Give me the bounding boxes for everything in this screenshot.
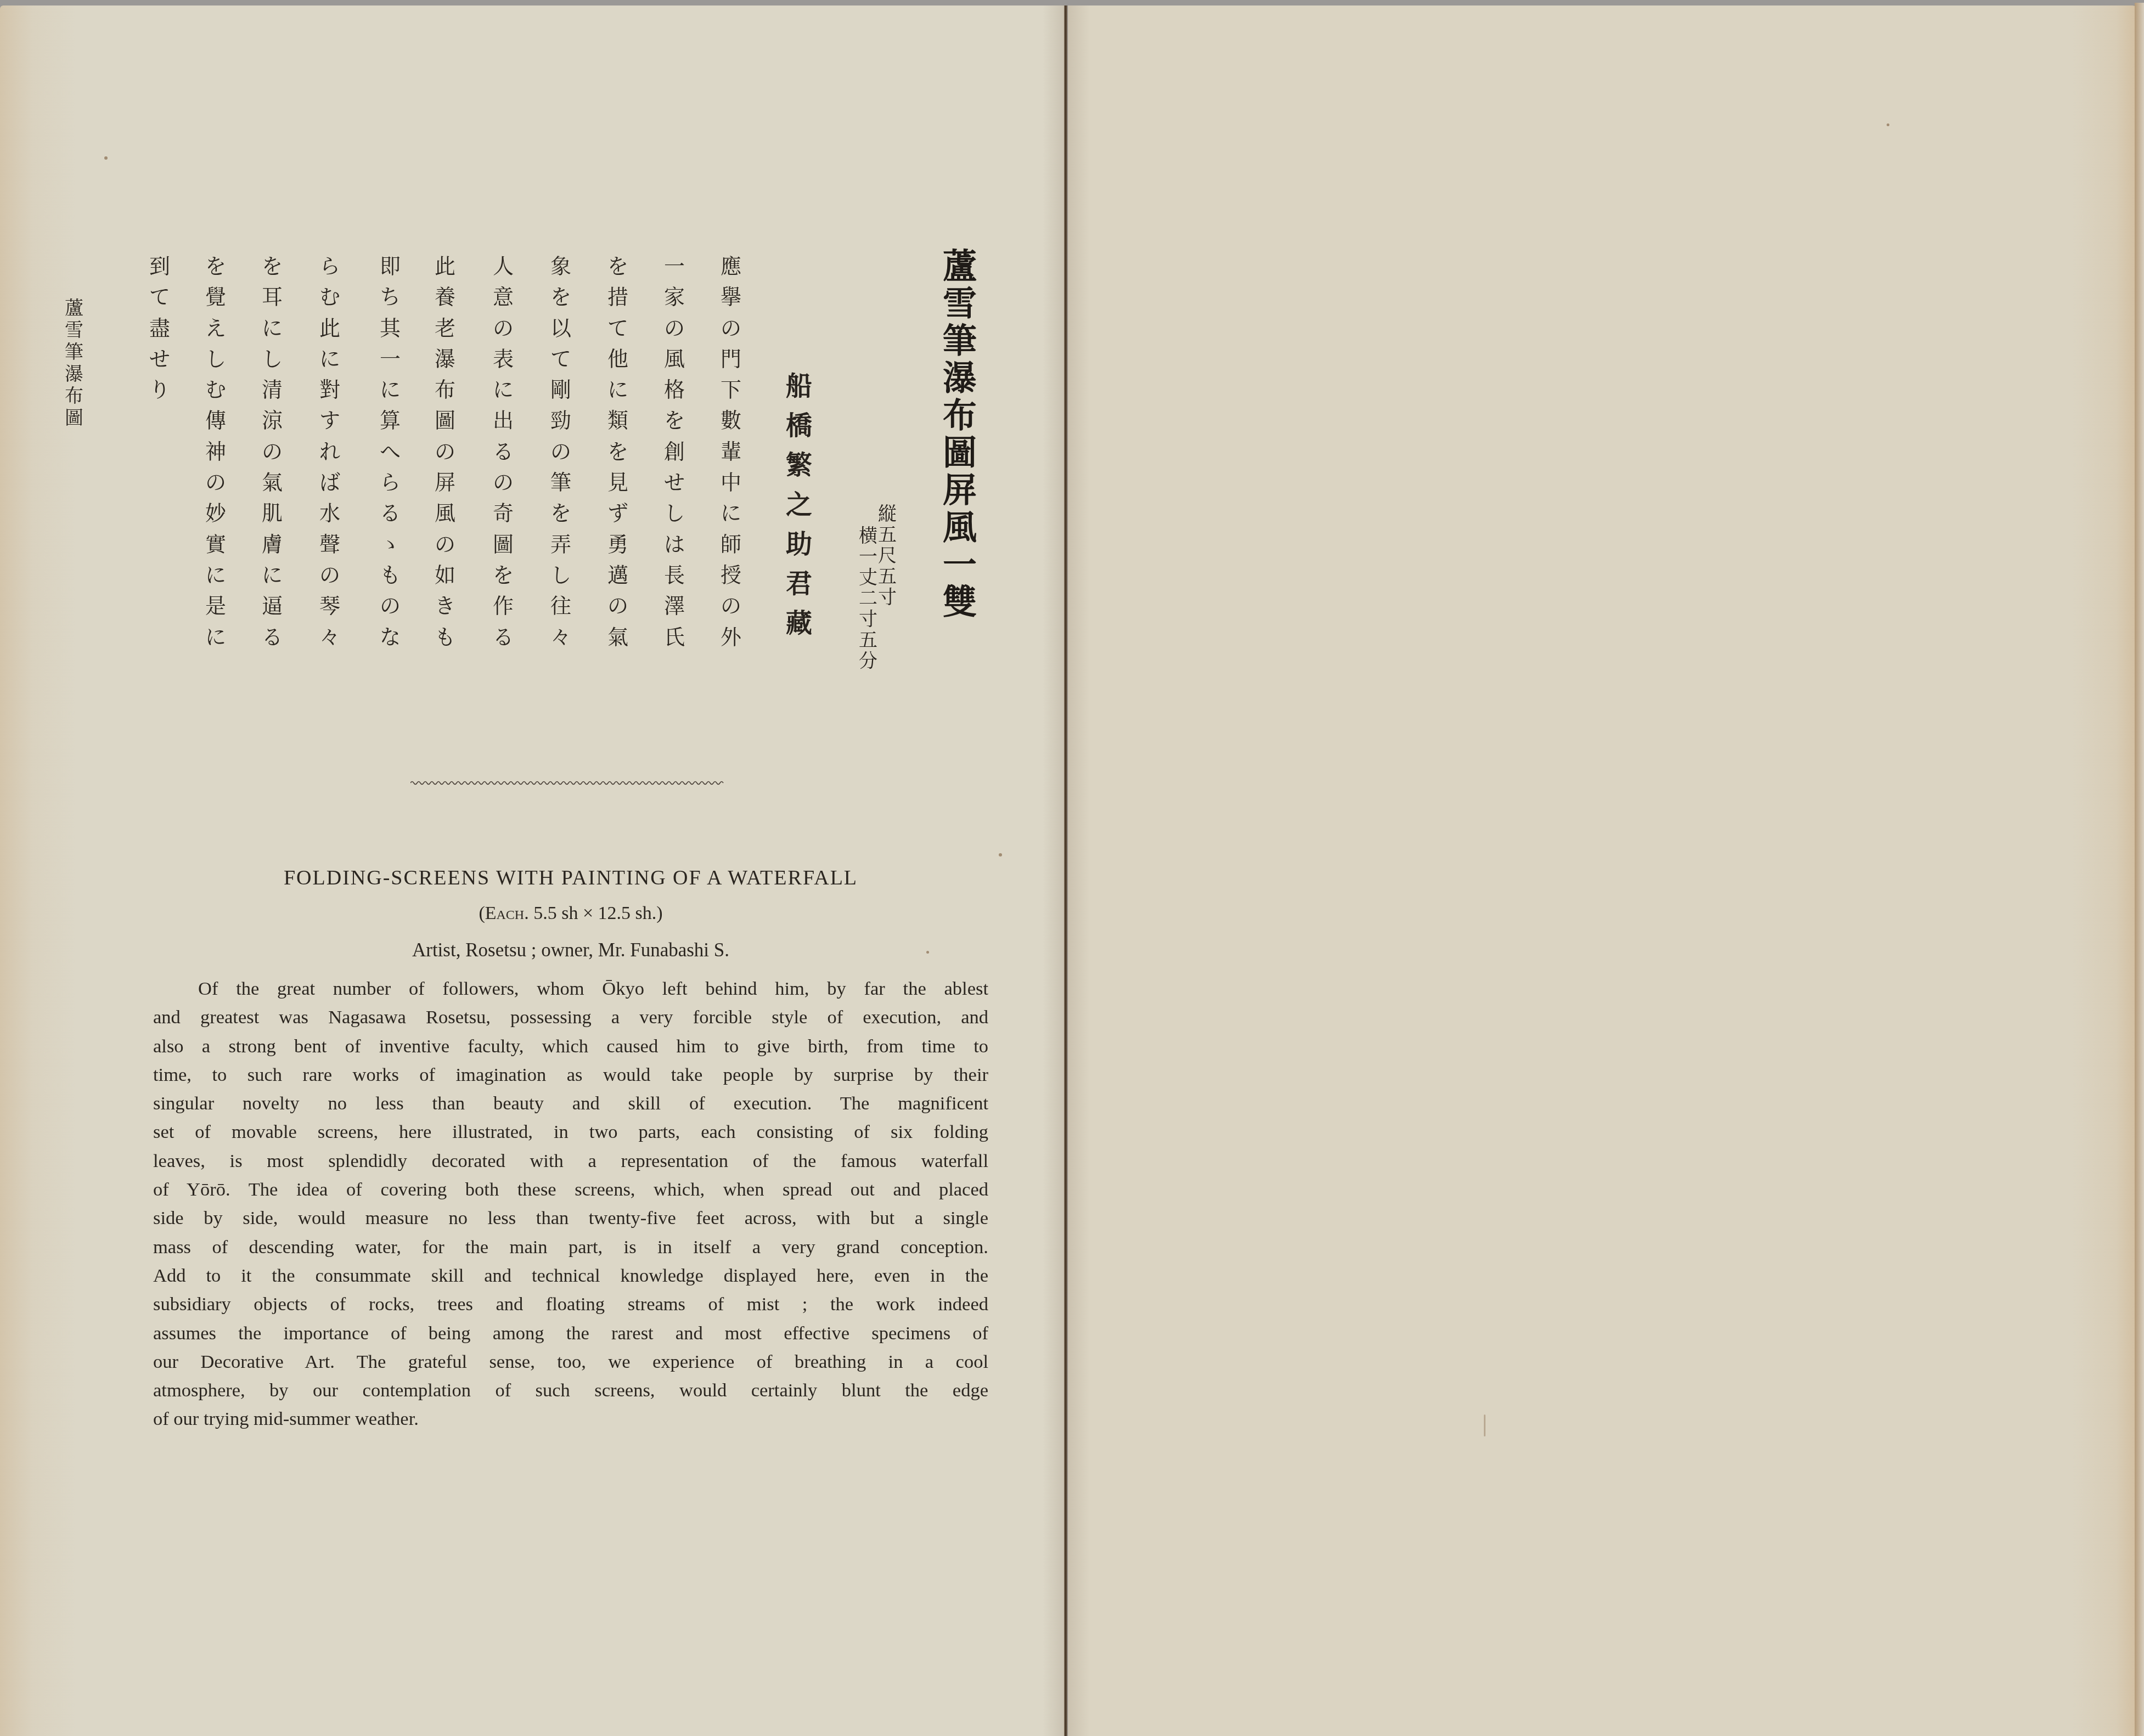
vertical-character: 算 [380, 410, 401, 441]
vertical-character: の [380, 595, 401, 626]
vertical-character: 奇 [493, 503, 514, 533]
book-gutter [1064, 5, 1067, 1736]
vertical-character: 見 [607, 472, 628, 503]
paragraph-line: our Decorative Art. The grateful sense, … [153, 1348, 988, 1376]
vertical-character: る [493, 441, 514, 472]
vertical-character: 圖 [65, 409, 83, 431]
vertical-character: り [149, 379, 170, 410]
vertical-character: の [319, 565, 340, 595]
vertical-character: 肌 [262, 503, 283, 533]
book-spread: 蘆雪筆瀑布圖 蘆雪筆瀑布圖屏風一雙 縦五尺五寸 横一丈二寸五分 船橋繁之助君藏 … [0, 0, 2144, 1736]
vertical-character: 類 [607, 410, 628, 441]
japanese-body-column-8: らむ此に對すれば水聲の琴々 [319, 256, 340, 657]
vertical-character: 勇 [607, 534, 628, 565]
vertical-character: も [380, 565, 401, 595]
dimensions-height: 縦五尺五寸 [878, 505, 897, 609]
vertical-character: む [205, 379, 226, 410]
japanese-body-column-4: 象を以て剛勁の筆を弄し往々 [550, 256, 571, 657]
artist-owner-line: Artist, Rosetsu ; owner, Mr. Funabashi S… [154, 939, 988, 961]
vertical-character: 養 [435, 286, 455, 317]
vertical-character: せ [664, 472, 685, 503]
vertical-character: 輩 [721, 441, 741, 472]
vertical-character: し [205, 348, 226, 379]
paper-mark [1484, 1414, 1485, 1436]
vertical-character: 人 [493, 256, 514, 286]
vertical-character: 筆 [550, 472, 571, 503]
vertical-character: ゝ [380, 534, 401, 565]
vertical-character: し [262, 348, 283, 379]
paper-speck [104, 156, 108, 160]
japanese-body-column-6: 此養老瀑布圖の屏風の如きも [435, 256, 455, 657]
vertical-character: 屏 [435, 472, 455, 503]
vertical-character: 象 [550, 256, 571, 286]
vertical-character: 對 [319, 379, 340, 410]
paragraph-line: set of movable screens, here illustrated… [153, 1118, 988, 1146]
dims-rest: 5.5 sh × 12.5 sh.) [529, 903, 663, 923]
vertical-character: 之 [786, 492, 812, 531]
vertical-character: を [664, 410, 685, 441]
vertical-character: へ [380, 441, 401, 472]
vertical-character: の [721, 318, 741, 348]
vertical-character: 布 [943, 399, 977, 436]
vertical-character: 五 [878, 567, 897, 588]
vertical-character: 格 [664, 379, 685, 410]
vertical-character: の [493, 318, 514, 348]
dimensions-width: 横一丈二寸五分 [859, 527, 877, 673]
vertical-character: に [262, 318, 283, 348]
vertical-character: 數 [721, 410, 741, 441]
vertical-character: て [550, 348, 571, 379]
vertical-character: 尺 [878, 546, 897, 567]
paragraph-line: leaves, is most splendidly decorated wit… [153, 1147, 988, 1175]
english-description-paragraph: Of the great number of followers, whom Ō… [153, 974, 988, 1434]
vertical-character: 外 [721, 627, 741, 657]
vertical-character: 作 [493, 595, 514, 626]
owner-credit: 船橋繁之助君藏 [786, 373, 812, 650]
paragraph-line: Add to it the consummate skill and techn… [153, 1261, 988, 1290]
vertical-character: え [205, 318, 226, 348]
vertical-character: 門 [721, 348, 741, 379]
vertical-character: 五 [878, 526, 897, 546]
vertical-character: し [550, 565, 571, 595]
vertical-character: を [205, 256, 226, 286]
japanese-body-column-10: を覺えしむ傳神の妙實に是に [205, 256, 226, 657]
vertical-character: 即 [380, 256, 401, 286]
vertical-character: 々 [550, 627, 571, 657]
vertical-character: 蘆 [943, 250, 977, 287]
vertical-character: に [319, 348, 340, 379]
vertical-character: 寸 [878, 588, 897, 609]
vertical-character: 水 [319, 503, 340, 533]
vertical-character: し [664, 503, 685, 533]
japanese-body-column-11: 到て盡せり [149, 256, 170, 410]
vertical-character: 筆 [943, 324, 977, 362]
vertical-character: を [607, 256, 628, 286]
paragraph-line: side by side, would measure no less than… [153, 1204, 988, 1232]
vertical-character: 他 [607, 348, 628, 379]
vertical-character: 風 [664, 348, 685, 379]
vertical-character: 繁 [786, 452, 812, 492]
vertical-character: 創 [664, 441, 685, 472]
vertical-character: の [205, 472, 226, 503]
page-edge [2135, 3, 2144, 1736]
english-dimensions: (Each. 5.5 sh × 12.5 sh.) [154, 903, 988, 924]
vertical-character: 措 [607, 286, 628, 317]
wavy-divider-rule [410, 779, 726, 787]
vertical-character: 勁 [550, 410, 571, 441]
vertical-character: 藏 [786, 610, 812, 650]
vertical-character: に [493, 379, 514, 410]
vertical-character: の [550, 441, 571, 472]
vertical-character: 丈 [859, 568, 877, 589]
vertical-character: む [319, 286, 340, 317]
vertical-character: 雪 [943, 287, 977, 324]
vertical-character: 傳 [205, 410, 226, 441]
vertical-character: 是 [205, 595, 226, 626]
vertical-character: に [205, 565, 226, 595]
vertical-character: の [721, 595, 741, 626]
vertical-character: 下 [721, 379, 741, 410]
vertical-character: の [607, 595, 628, 626]
vertical-character: 風 [435, 503, 455, 533]
vertical-character: は [664, 534, 685, 565]
vertical-character: 々 [319, 627, 340, 657]
vertical-character: 如 [435, 565, 455, 595]
japanese-body-column-9: を耳にし清涼の氣肌膚に逼る [262, 256, 283, 657]
vertical-character: 擧 [721, 286, 741, 317]
vertical-character: 剛 [550, 379, 571, 410]
vertical-character: 圖 [435, 410, 455, 441]
vertical-character: 長 [664, 565, 685, 595]
vertical-character: 覺 [205, 286, 226, 317]
vertical-character: 瀑 [943, 362, 977, 399]
vertical-character: 瀑 [65, 365, 83, 387]
vertical-character: 此 [319, 318, 340, 348]
paragraph-line: subsidiary objects of rocks, trees and f… [153, 1290, 988, 1318]
vertical-character: 琴 [319, 595, 340, 626]
vertical-character: を [550, 503, 571, 533]
vertical-character: れ [319, 441, 340, 472]
vertical-character: 盡 [149, 318, 170, 348]
vertical-character: 往 [550, 595, 571, 626]
vertical-character: 筆 [65, 343, 83, 365]
vertical-character: 表 [493, 348, 514, 379]
english-title: FOLDING-SCREENS WITH PAINTING OF A WATER… [154, 866, 988, 890]
vertical-character: 應 [721, 256, 741, 286]
vertical-character: に [380, 379, 401, 410]
vertical-character: に [205, 627, 226, 657]
vertical-character: す [319, 410, 340, 441]
vertical-character: 妙 [205, 503, 226, 533]
vertical-character: 助 [786, 531, 812, 571]
vertical-character: 屏 [943, 474, 977, 511]
dims-prefix: ( [479, 903, 485, 923]
vertical-character: 弄 [550, 534, 571, 565]
vertical-character: に [262, 565, 283, 595]
vertical-character: の [262, 441, 283, 472]
japanese-body-column-3: を措て他に類を見ず勇邁の氣 [607, 256, 628, 657]
paragraph-line: and greatest was Nagasawa Rosetsu, posse… [153, 1003, 988, 1032]
vertical-character: 氏 [664, 627, 685, 657]
vertical-character: 橋 [786, 413, 812, 452]
paragraph-line: atmosphere, by our contemplation of such… [153, 1376, 988, 1405]
paper-speck [926, 951, 929, 954]
vertical-character: ず [607, 503, 628, 533]
right-page-blank [1068, 5, 2138, 1736]
vertical-character: 一 [943, 548, 977, 585]
vertical-character: 師 [721, 534, 741, 565]
vertical-character: 中 [721, 472, 741, 503]
vertical-character: る [493, 627, 514, 657]
vertical-character: 出 [493, 410, 514, 441]
vertical-character: 蘆 [65, 299, 83, 321]
vertical-character: 老 [435, 318, 455, 348]
vertical-character: 家 [664, 286, 685, 317]
vertical-character: き [435, 595, 455, 626]
vertical-character: 分 [859, 652, 877, 673]
vertical-character: 寸 [859, 610, 877, 631]
vertical-character: 圖 [943, 436, 977, 474]
vertical-character: の [664, 318, 685, 348]
vertical-character: 耳 [262, 286, 283, 317]
vertical-character: 實 [205, 534, 226, 565]
vertical-character: の [493, 472, 514, 503]
paragraph-line: of Yōrō. The idea of covering both these… [153, 1175, 988, 1204]
vertical-character: 二 [859, 589, 877, 610]
running-head: 蘆雪筆瀑布圖 [65, 299, 83, 431]
vertical-character: 到 [149, 256, 170, 286]
vertical-character: 風 [943, 511, 977, 548]
vertical-character: 清 [262, 379, 283, 410]
vertical-character: を [262, 256, 283, 286]
vertical-character: 雙 [943, 585, 977, 623]
vertical-character: ば [319, 472, 340, 503]
vertical-character: 此 [435, 256, 455, 286]
paragraph-line: of our trying mid-summer weather. [153, 1405, 988, 1433]
vertical-character: に [607, 379, 628, 410]
paper-speck [1887, 123, 1889, 126]
japanese-body-column-1: 應擧の門下數輩中に師授の外 [721, 256, 741, 657]
japanese-body-column-5: 人意の表に出るの奇圖を作る [493, 256, 514, 657]
vertical-character: 五 [859, 631, 877, 652]
vertical-character: 涼 [262, 410, 283, 441]
vertical-character: 君 [786, 571, 812, 610]
vertical-character: 圖 [493, 534, 514, 565]
vertical-character: 意 [493, 286, 514, 317]
vertical-character: を [493, 565, 514, 595]
paragraph-line: singular novelty no less than beauty and… [153, 1089, 988, 1118]
vertical-character: 授 [721, 565, 741, 595]
vertical-character: 瀑 [435, 348, 455, 379]
vertical-character: ら [380, 472, 401, 503]
vertical-character: 布 [65, 387, 83, 409]
vertical-character: て [607, 318, 628, 348]
vertical-character: 縦 [878, 505, 897, 526]
vertical-character: 邁 [607, 565, 628, 595]
vertical-character: て [149, 286, 170, 317]
paper-speck [999, 853, 1002, 856]
vertical-character: 神 [205, 441, 226, 472]
vertical-character: 一 [380, 348, 401, 379]
vertical-character: 船 [786, 373, 812, 413]
vertical-character: 雪 [65, 321, 83, 343]
paragraph-line: also a strong bent of inventive faculty,… [153, 1032, 988, 1061]
vertical-character: る [262, 627, 283, 657]
vertical-character: 膚 [262, 534, 283, 565]
vertical-character: ち [380, 286, 401, 317]
paragraph-line: time, to such rare works of imagination … [153, 1061, 988, 1089]
vertical-character: 以 [550, 318, 571, 348]
vertical-character: 横 [859, 527, 877, 548]
vertical-character: ら [319, 256, 340, 286]
dims-each: Each. [485, 903, 529, 923]
vertical-character: の [435, 441, 455, 472]
vertical-character: 布 [435, 379, 455, 410]
vertical-character: 聲 [319, 534, 340, 565]
vertical-character: 氣 [262, 472, 283, 503]
paragraph-line: mass of descending water, for the main p… [153, 1233, 988, 1261]
vertical-character: 澤 [664, 595, 685, 626]
vertical-character: の [435, 534, 455, 565]
vertical-character: を [550, 286, 571, 317]
vertical-character: な [380, 627, 401, 657]
vertical-character: る [380, 503, 401, 533]
vertical-character: 其 [380, 318, 401, 348]
vertical-character: 逼 [262, 595, 283, 626]
vertical-character: も [435, 627, 455, 657]
vertical-character: せ [149, 348, 170, 379]
japanese-body-column-2: 一家の風格を創せしは長澤氏 [664, 256, 685, 657]
vertical-character: 一 [859, 548, 877, 568]
paragraph-line: assumes the importance of being among th… [153, 1319, 988, 1348]
vertical-character: に [721, 503, 741, 533]
paragraph-line: Of the great number of followers, whom Ō… [153, 974, 988, 1003]
japanese-title: 蘆雪筆瀑布圖屏風一雙 [943, 250, 977, 623]
vertical-character: 一 [664, 256, 685, 286]
vertical-character: 氣 [607, 627, 628, 657]
japanese-body-column-7: 即ち其一に算へらるゝものな [380, 256, 401, 657]
vertical-character: を [607, 441, 628, 472]
